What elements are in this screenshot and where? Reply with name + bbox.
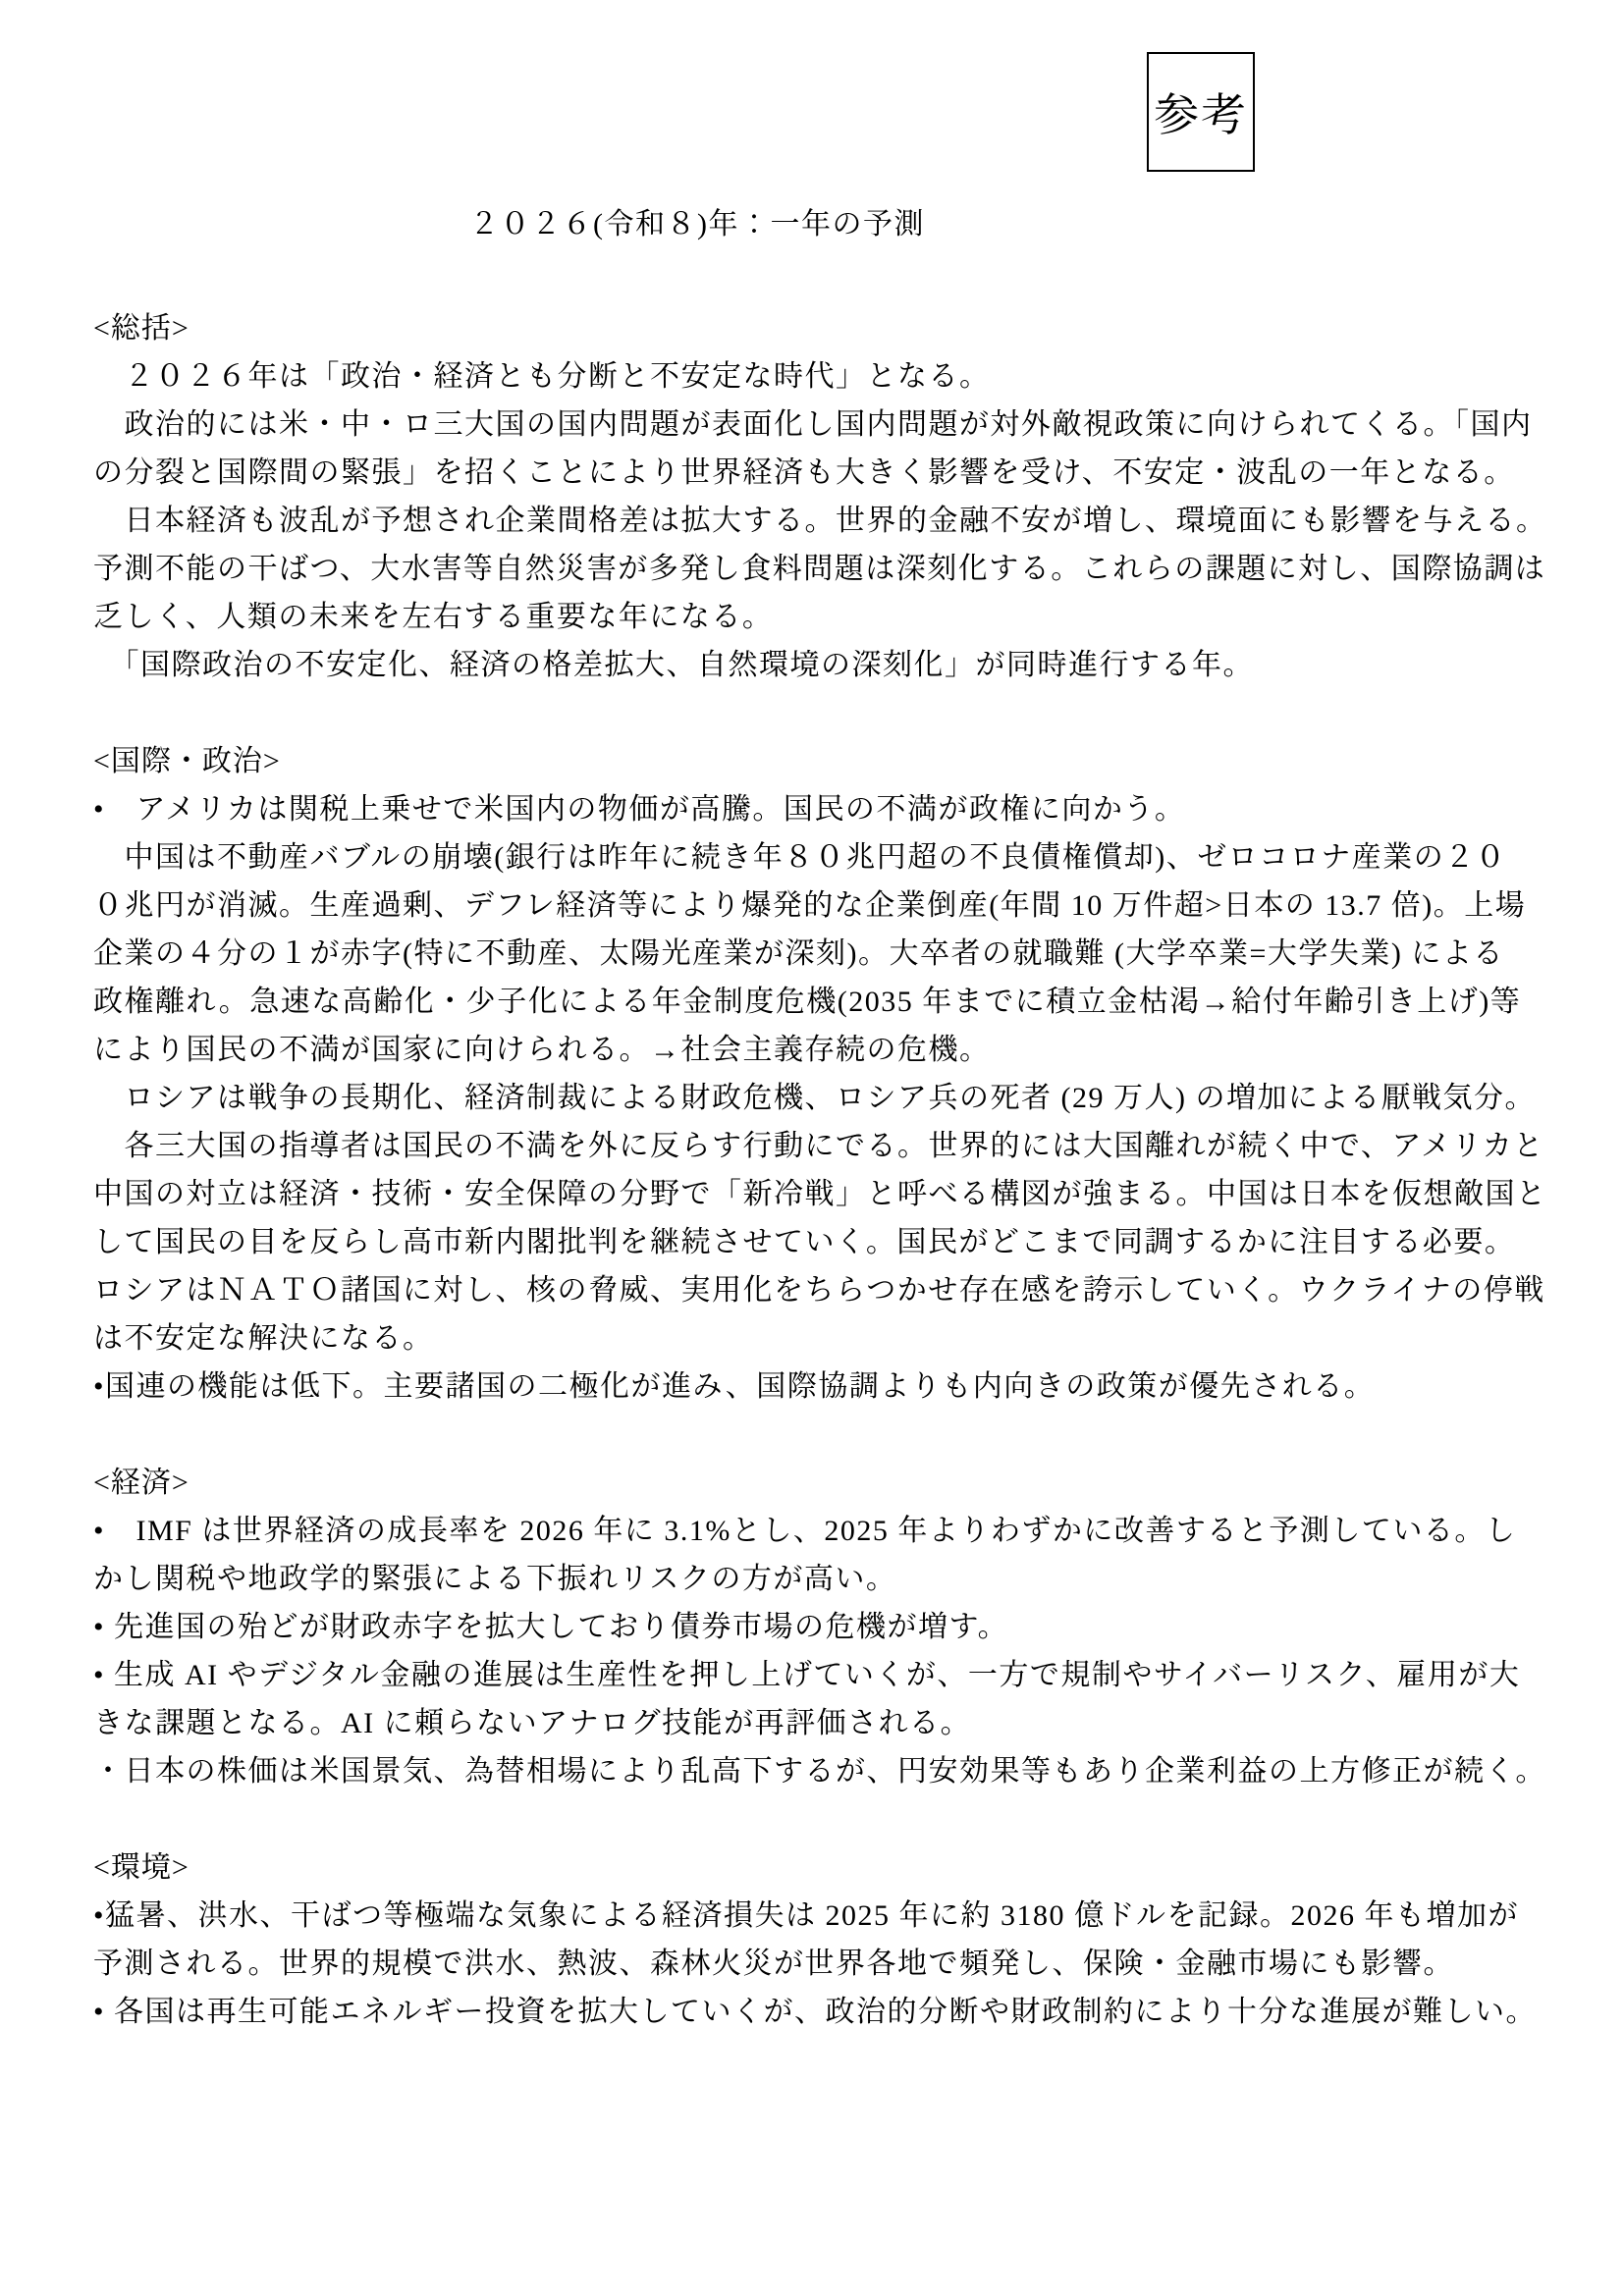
text-line: 中国の対立は経済・技術・安全保障の分野で「新冷戦」と呼べる構図が強まる。中国は日…	[93, 1170, 1532, 1218]
text-line: ２０２６年は「政治・経済とも分断と不安定な時代」となる。	[93, 352, 1532, 400]
page-title: ２０２６(令和８)年：一年の予測	[469, 199, 925, 242]
text-line: • 先進国の殆どが財政赤字を拡大しており債券市場の危機が増す。	[93, 1603, 1532, 1651]
text-line: • 各国は再生可能エネルギー投資を拡大していくが、政治的分断や財政制約により十分…	[93, 1988, 1532, 2036]
document-body: <総括> ２０２６年は「政治・経済とも分断と不安定な時代」となる。 政治的には米…	[93, 304, 1532, 2084]
text-line: 乏しく、人類の未来を左右する重要な年になる。	[93, 593, 1532, 641]
text-line: • IMF は世界経済の成長率を 2026 年に 3.1%とし、2025 年より…	[93, 1507, 1532, 1555]
text-line: 政治的には米・中・ロ三大国の国内問題が表面化し国内問題が対外敵視政策に向けられて…	[93, 400, 1532, 449]
section-heading: <経済>	[93, 1459, 1532, 1507]
text-line: 「国際政治の不安定化、経済の格差拡大、自然環境の深刻化」が同時進行する年。	[93, 641, 1532, 689]
section-keizai: <経済>• IMF は世界経済の成長率を 2026 年に 3.1%とし、2025…	[93, 1459, 1532, 1795]
text-line: •猛暑、洪水、干ばつ等極端な気象による経済損失は 2025 年に約 3180 億…	[93, 1892, 1532, 1940]
document-page: 参考 ２０２６(令和８)年：一年の予測 <総括> ２０２６年は「政治・経済とも分…	[0, 0, 1624, 2296]
text-line: • 生成 AI やデジタル金融の進展は生産性を押し上げていくが、一方で規制やサイ…	[93, 1651, 1532, 1699]
text-line: 日本経済も波乱が予想され企業間格差は拡大する。世界的金融不安が増し、環境面にも影…	[93, 497, 1532, 545]
text-line: により国民の不満が国家に向けられる。→社会主義存続の危機。	[93, 1026, 1532, 1074]
text-line: 予測される。世界的規模で洪水、熱波、森林火災が世界各地で頻発し、保険・金融市場に…	[93, 1940, 1532, 1988]
reference-stamp-box: 参考	[1147, 52, 1255, 172]
text-line: 政権離れ。急速な高齢化・少子化による年金制度危機(2035 年までに積立金枯渇→…	[93, 978, 1532, 1026]
section-kokusai-seiji: <国際・政治>• アメリカは関税上乗せで米国内の物価が高騰。国民の不満が政権に向…	[93, 737, 1532, 1411]
text-line: 各三大国の指導者は国民の不満を外に反らす行動にでる。世界的には大国離れが続く中で…	[93, 1122, 1532, 1170]
text-line: 中国は不動産バブルの崩壊(銀行は昨年に続き年８０兆円超の不良債権償却)、ゼロコロ…	[93, 833, 1532, 881]
text-line: ロシアはＮＡＴＯ諸国に対し、核の脅威、実用化をちらつかせ存在感を誇示していく。ウ…	[93, 1266, 1532, 1314]
text-line: 企業の４分の１が赤字(特に不動産、太陽光産業が深刻)。大卒者の就職難 (大学卒業…	[93, 930, 1532, 978]
text-line: の分裂と国際間の緊張」を招くことにより世界経済も大きく影響を受け、不安定・波乱の…	[93, 449, 1532, 497]
section-heading: <国際・政治>	[93, 737, 1532, 785]
text-line: ロシアは戦争の長期化、経済制裁による財政危機、ロシア兵の死者 (29 万人) の…	[93, 1074, 1532, 1122]
reference-stamp-label: 参考	[1154, 80, 1248, 144]
section-soukatsu: <総括> ２０２６年は「政治・経済とも分断と不安定な時代」となる。 政治的には米…	[93, 304, 1532, 689]
text-line: かし関税や地政学的緊張による下振れリスクの方が高い。	[93, 1555, 1532, 1603]
section-heading: <総括>	[93, 304, 1532, 352]
text-line: •国連の機能は低下。主要諸国の二極化が進み、国際協調よりも内向きの政策が優先され…	[93, 1362, 1532, 1411]
text-line: ０兆円が消滅。生産過剰、デフレ経済等により爆発的な企業倒産(年間 10 万件超>…	[93, 881, 1532, 930]
text-line: きな課題となる。AI に頼らないアナログ技能が再評価される。	[93, 1699, 1532, 1747]
text-line: 予測不能の干ばつ、大水害等自然災害が多発し食料問題は深刻化する。これらの課題に対…	[93, 545, 1532, 593]
text-line: して国民の目を反らし高市新内閣批判を継続させていく。国民がどこまで同調するかに注…	[93, 1218, 1532, 1266]
text-line: ・日本の株価は米国景気、為替相場により乱高下するが、円安効果等もあり企業利益の上…	[93, 1747, 1532, 1795]
text-line: • アメリカは関税上乗せで米国内の物価が高騰。国民の不満が政権に向かう。	[93, 785, 1532, 833]
text-line: は不安定な解決になる。	[93, 1314, 1532, 1362]
section-heading: <環境>	[93, 1843, 1532, 1892]
section-kankyou: <環境>•猛暑、洪水、干ばつ等極端な気象による経済損失は 2025 年に約 31…	[93, 1843, 1532, 2036]
